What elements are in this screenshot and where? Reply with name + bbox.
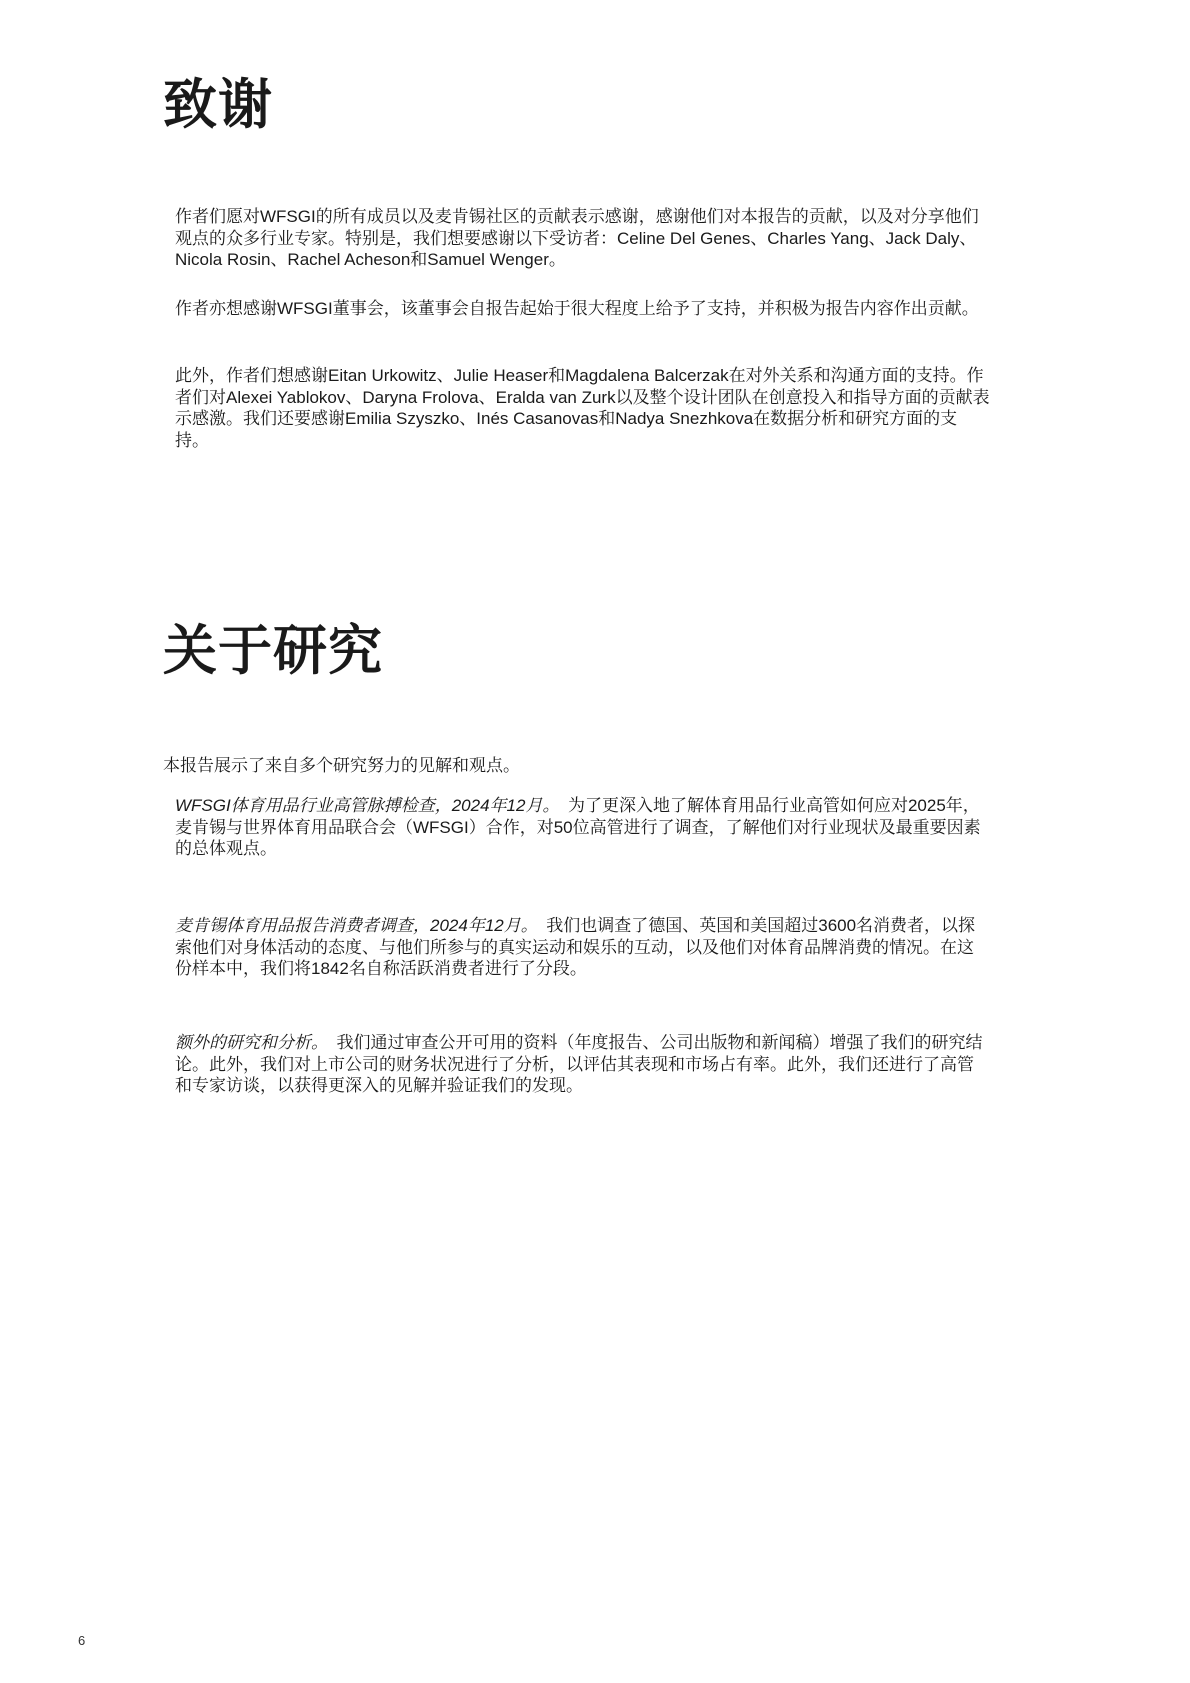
about-research-title: 关于研究 [163,608,383,685]
acknowledgements-paragraph-1: 作者们愿对WFSGI的所有成员以及麦肯锡社区的贡献表示感谢，感谢他们对本报告的贡… [175,206,990,271]
research-source-2-label: 麦肯锡体育用品报告消费者调查，2024年12月。 [175,916,529,935]
page-number: 6 [78,1633,85,1648]
research-source-3-label: 额外的研究和分析。 [175,1033,320,1052]
research-source-2: 麦肯锡体育用品报告消费者调查，2024年12月。 我们也调查了德国、英国和美国超… [175,915,990,980]
acknowledgements-paragraph-3: 此外，作者们想感谢Eitan Urkowitz、Julie Heaser和Mag… [175,365,990,451]
research-source-1-label: WFSGI体育用品行业高管脉搏检查，2024年12月。 [175,796,551,815]
acknowledgements-paragraph-2: 作者亦想感谢WFSGI董事会，该董事会自报告起始于很大程度上给予了支持，并积极为… [175,298,990,320]
acknowledgements-title: 致谢 [163,62,273,139]
research-source-3: 额外的研究和分析。 我们通过审查公开可用的资料（年度报告、公司出版物和新闻稿）增… [175,1032,990,1097]
research-source-1: WFSGI体育用品行业高管脉搏检查，2024年12月。 为了更深入地了解体育用品… [175,795,990,860]
research-intro: 本报告展示了来自多个研究努力的见解和观点。 [163,755,978,777]
